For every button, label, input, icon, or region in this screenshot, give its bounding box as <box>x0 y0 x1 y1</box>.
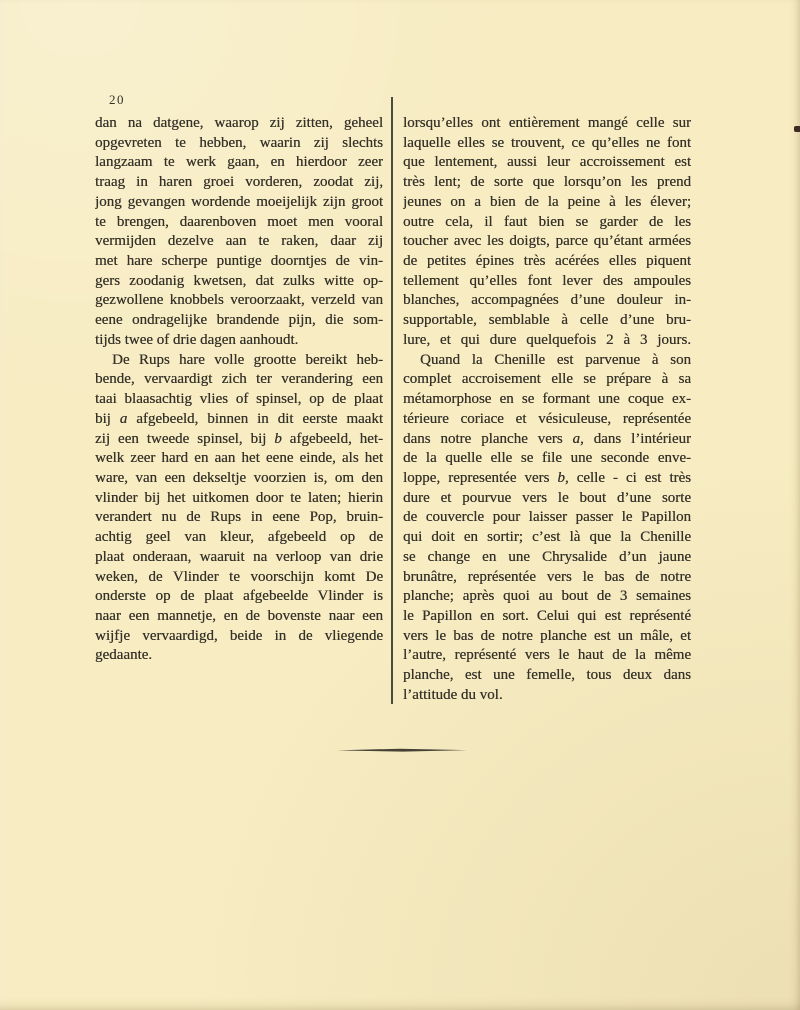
text-line: wijfje vervaardigd, beide in de vliegend… <box>95 627 383 647</box>
text-line: tijds twee of drie dagen aanhoudt. <box>95 331 383 351</box>
text-line: achtig geel van kleur, afgebeeld op de <box>95 528 383 548</box>
text-line: Quand la Chenille est parvenue à son <box>403 351 691 371</box>
text-line: taai blaasachtig vlies of spinsel, op de… <box>95 390 383 410</box>
text-line: jeunes on a bien de la peine à les éleve… <box>403 193 691 213</box>
text-line: De Rups hare volle grootte bereikt heb- <box>95 351 383 371</box>
text-line: tellement qu’elles font lever des ampoul… <box>403 272 691 292</box>
text-line: bende, vervaardigt zich ter verandering … <box>95 370 383 390</box>
text-line: supportable, semblable à celle d’une bru… <box>403 311 691 331</box>
text-line: de couvercle pour laisser passer le Papi… <box>403 508 691 528</box>
text-line: gezwollene knobbels veroorzaakt, verzeld… <box>95 291 383 311</box>
text-line: opgevreten te hebben, waarin zij slechts <box>95 134 383 154</box>
text-line: le Papillon en sort. Celui qui est repré… <box>403 607 691 627</box>
text-line: brunâtre, représentée vers le bas de not… <box>403 568 691 588</box>
text-line: vermijden dezelve aan te raken, daar zij <box>95 232 383 252</box>
text-line: verandert nu de Rups in eene Pop, bruin- <box>95 508 383 528</box>
text-line: planche; après quoi au bout de 3 semaine… <box>403 587 691 607</box>
text-line: l’attitude du vol. <box>403 686 691 706</box>
book-page: 20 dan na datgene, waarop zij zitten, ge… <box>0 0 800 1010</box>
text-line: métamorphose en se formant une coque ex- <box>403 390 691 410</box>
text-line: met hare scherpe puntige doorntjes de vi… <box>95 252 383 272</box>
text-line: naar een mannetje, en de bovenste naar e… <box>95 607 383 627</box>
text-line: bij a afgebeeld, binnen in dit eerste ma… <box>95 410 383 430</box>
text-line: zij een tweede spinsel, bij b afgebeeld,… <box>95 430 383 450</box>
text-line: dure et pourvue vers le bout d’une sorte <box>403 489 691 509</box>
text-line: de petites épines très acérées elles piq… <box>403 252 691 272</box>
text-line: langzaam te werk gaan, en hierdoor zeer <box>95 153 383 173</box>
text-line: eene ondragelijke brandende pijn, die so… <box>95 311 383 331</box>
text-line: dan na datgene, waarop zij zitten, gehee… <box>95 114 383 134</box>
text-line: complet accroisement elle se prépare à s… <box>403 370 691 390</box>
text-column-dutch: dan na datgene, waarop zij zitten, gehee… <box>95 114 383 666</box>
text-column-french: lorsqu’elles ont entièrement mangé celle… <box>403 114 691 706</box>
text-line: plaat onderaan, waaruit na verloop van d… <box>95 548 383 568</box>
text-line: loppe, representée vers b, celle - ci es… <box>403 469 691 489</box>
ink-spot <box>794 126 800 132</box>
text-line: traag in haren groei vorderen, zoodat zi… <box>95 173 383 193</box>
column-divider-rule <box>391 97 393 704</box>
text-line: onderste op de plaat afgebeelde Vlinder … <box>95 587 383 607</box>
section-end-rule <box>337 746 467 755</box>
text-line: lure, et qui dure quelquefois 2 à 3 jour… <box>403 331 691 351</box>
text-line: gers zoodanig kwetsen, dat zulks witte o… <box>95 272 383 292</box>
text-line: weken, de Vlinder te voorschijn komt De <box>95 568 383 588</box>
text-line: de la quelle elle se file une seconde en… <box>403 449 691 469</box>
text-line: vers le bas de notre planche est un mâle… <box>403 627 691 647</box>
text-line: que lentement, aussi leur accroissement … <box>403 153 691 173</box>
text-line: toucher avec les doigts, parce qu’étant … <box>403 232 691 252</box>
text-line: térieure coriace et vésiculeuse, représe… <box>403 410 691 430</box>
text-line: blanches, accompagnées d’une douleur in- <box>403 291 691 311</box>
text-line: dans notre planche vers a, dans l’intéri… <box>403 430 691 450</box>
text-line: l’autre, représenté vers le haut de la m… <box>403 646 691 666</box>
text-line: jong gevangen wordende moeijelijk zijn g… <box>95 193 383 213</box>
text-line: qui doit en sortir; c’est là que la Chen… <box>403 528 691 548</box>
text-line: se change en une Chrysalide d’un jaune <box>403 548 691 568</box>
text-line: laquelle elles se trouvent, ce qu’elles … <box>403 134 691 154</box>
text-line: vlinder bij het uitkomen door te laten; … <box>95 489 383 509</box>
text-line: welk zeer hard en aan het eene einde, al… <box>95 449 383 469</box>
text-line: te brengen, daarenboven moet men vooral <box>95 213 383 233</box>
text-line: outre cela, il faut bien se garder de le… <box>403 213 691 233</box>
text-line: gedaante. <box>95 646 383 666</box>
text-line: lorsqu’elles ont entièrement mangé celle… <box>403 114 691 134</box>
page-number: 20 <box>109 92 125 108</box>
text-line: planche, est une femelle, tous deux dans <box>403 666 691 686</box>
text-line: ware, van een dekseltje voorzien is, om … <box>95 469 383 489</box>
text-line: très lent; de sorte que lorsqu’on les pr… <box>403 173 691 193</box>
